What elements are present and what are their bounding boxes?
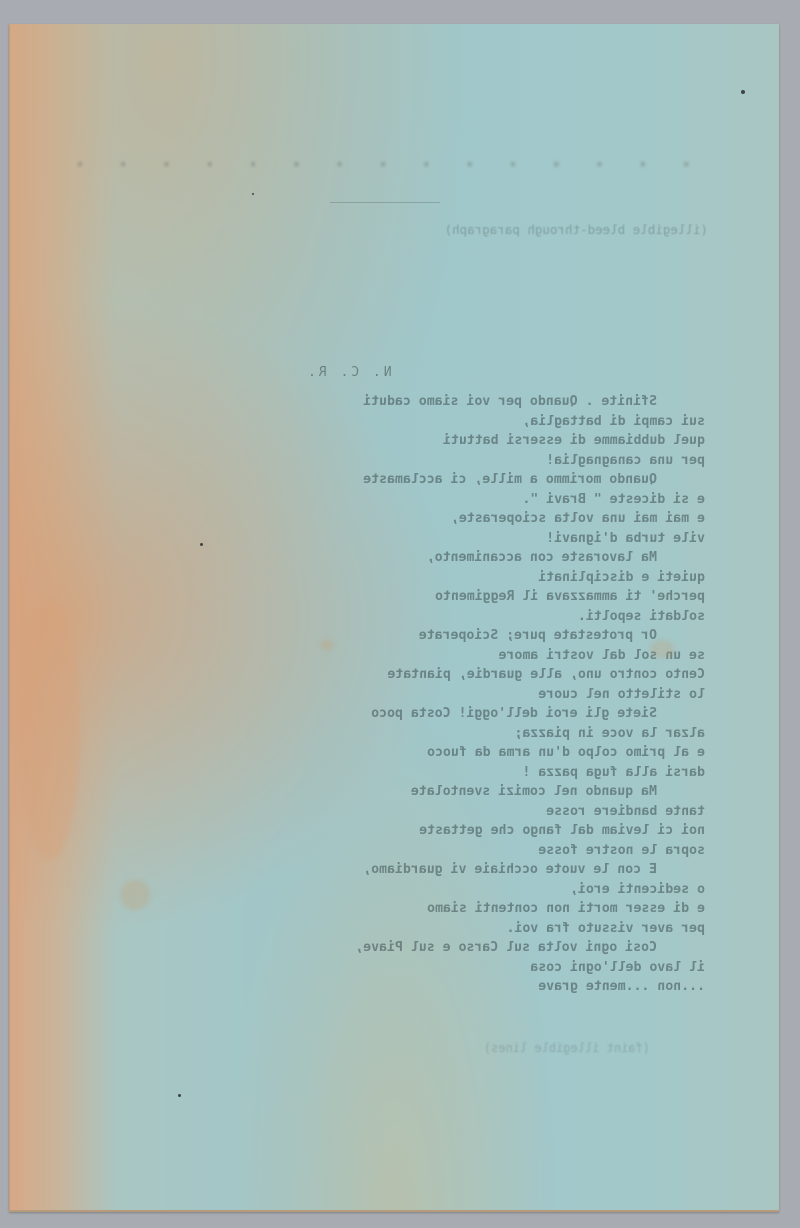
ink-speck bbox=[252, 193, 254, 195]
poem-line: quel dubbiamme di essersi battuti bbox=[175, 431, 705, 451]
poem-line: perche' ti ammazzava il Reggimento bbox=[175, 587, 705, 607]
stain bbox=[650, 640, 674, 658]
poem-line: Siete gli eroi dell'oggi! Costa poco bbox=[175, 704, 705, 724]
poem-line: Cosi ogni volta sul Carso e sul Piave, bbox=[175, 938, 705, 958]
poem-line: darsi alla fuga pazza ! bbox=[175, 763, 705, 783]
poem-line: Quando morimmo a mille, ci acclamaste bbox=[175, 470, 705, 490]
poem-line: ...non ...mente grave bbox=[175, 977, 705, 997]
poem-line: alzar la voce in piazza; bbox=[175, 724, 705, 744]
poem-line: soldati sepolti. bbox=[175, 607, 705, 627]
poem-line: o sedicenti eroi, bbox=[175, 880, 705, 900]
poem-line: Or protestate pure; Scioperate bbox=[175, 626, 705, 646]
ink-speck bbox=[200, 543, 203, 546]
poem-line: tante bandiere rosse bbox=[175, 802, 705, 822]
ink-speck bbox=[178, 1094, 181, 1097]
poem-line: lo stiletto nel cuore bbox=[175, 685, 705, 705]
ink-speck bbox=[741, 90, 745, 94]
poem-line: per aver vissuto fra voi. bbox=[175, 919, 705, 939]
poem-line: e si diceste " Bravi ". bbox=[175, 490, 705, 510]
poem-line: E con le vuote occhiaie vi guardiamo, bbox=[175, 860, 705, 880]
stain bbox=[120, 880, 150, 910]
stain bbox=[20, 600, 80, 860]
poem-line: per una canagnaglia! bbox=[175, 451, 705, 471]
poem-line: il lavo dell'ogni cosa bbox=[175, 958, 705, 978]
stain bbox=[320, 640, 334, 650]
title-divider bbox=[330, 202, 440, 203]
headline: · · · · · · · · · · · · · · · bbox=[50, 150, 710, 180]
poem-line: Cento contro uno, alle guardie, piantate bbox=[175, 665, 705, 685]
poem-line: e al primo colpo d'un arma da fuoco bbox=[175, 743, 705, 763]
poem-line: sui campi di battaglia, bbox=[175, 412, 705, 432]
poem-line: e di esser morti non contenti siamo bbox=[175, 899, 705, 919]
poem-line: noi ci leviam dal fango che gettaste bbox=[175, 821, 705, 841]
poem-line: Ma quando nel comizi sventolate bbox=[175, 782, 705, 802]
signature: N. C. R. bbox=[305, 365, 392, 380]
trailing-text: (faint illegible lines) bbox=[230, 1040, 650, 1056]
poem: Sfinite . Quando per voi siamo cadutisui… bbox=[175, 392, 705, 997]
poem-line: vile turba d'ignavi! bbox=[175, 529, 705, 549]
poem-line: Sfinite . Quando per voi siamo caduti bbox=[175, 392, 705, 412]
poem-line: quieti e disciplinati bbox=[175, 568, 705, 588]
poem-line: se un sol dal vostri amore bbox=[175, 646, 705, 666]
poem-line: Ma lavoraste con accanimento, bbox=[175, 548, 705, 568]
poem-line: sopra le nostre fosse bbox=[175, 841, 705, 861]
poem-line: e mai mai una volta scioperaste, bbox=[175, 509, 705, 529]
intro-paragraph: (illegible bleed-through paragraph) bbox=[78, 222, 708, 238]
